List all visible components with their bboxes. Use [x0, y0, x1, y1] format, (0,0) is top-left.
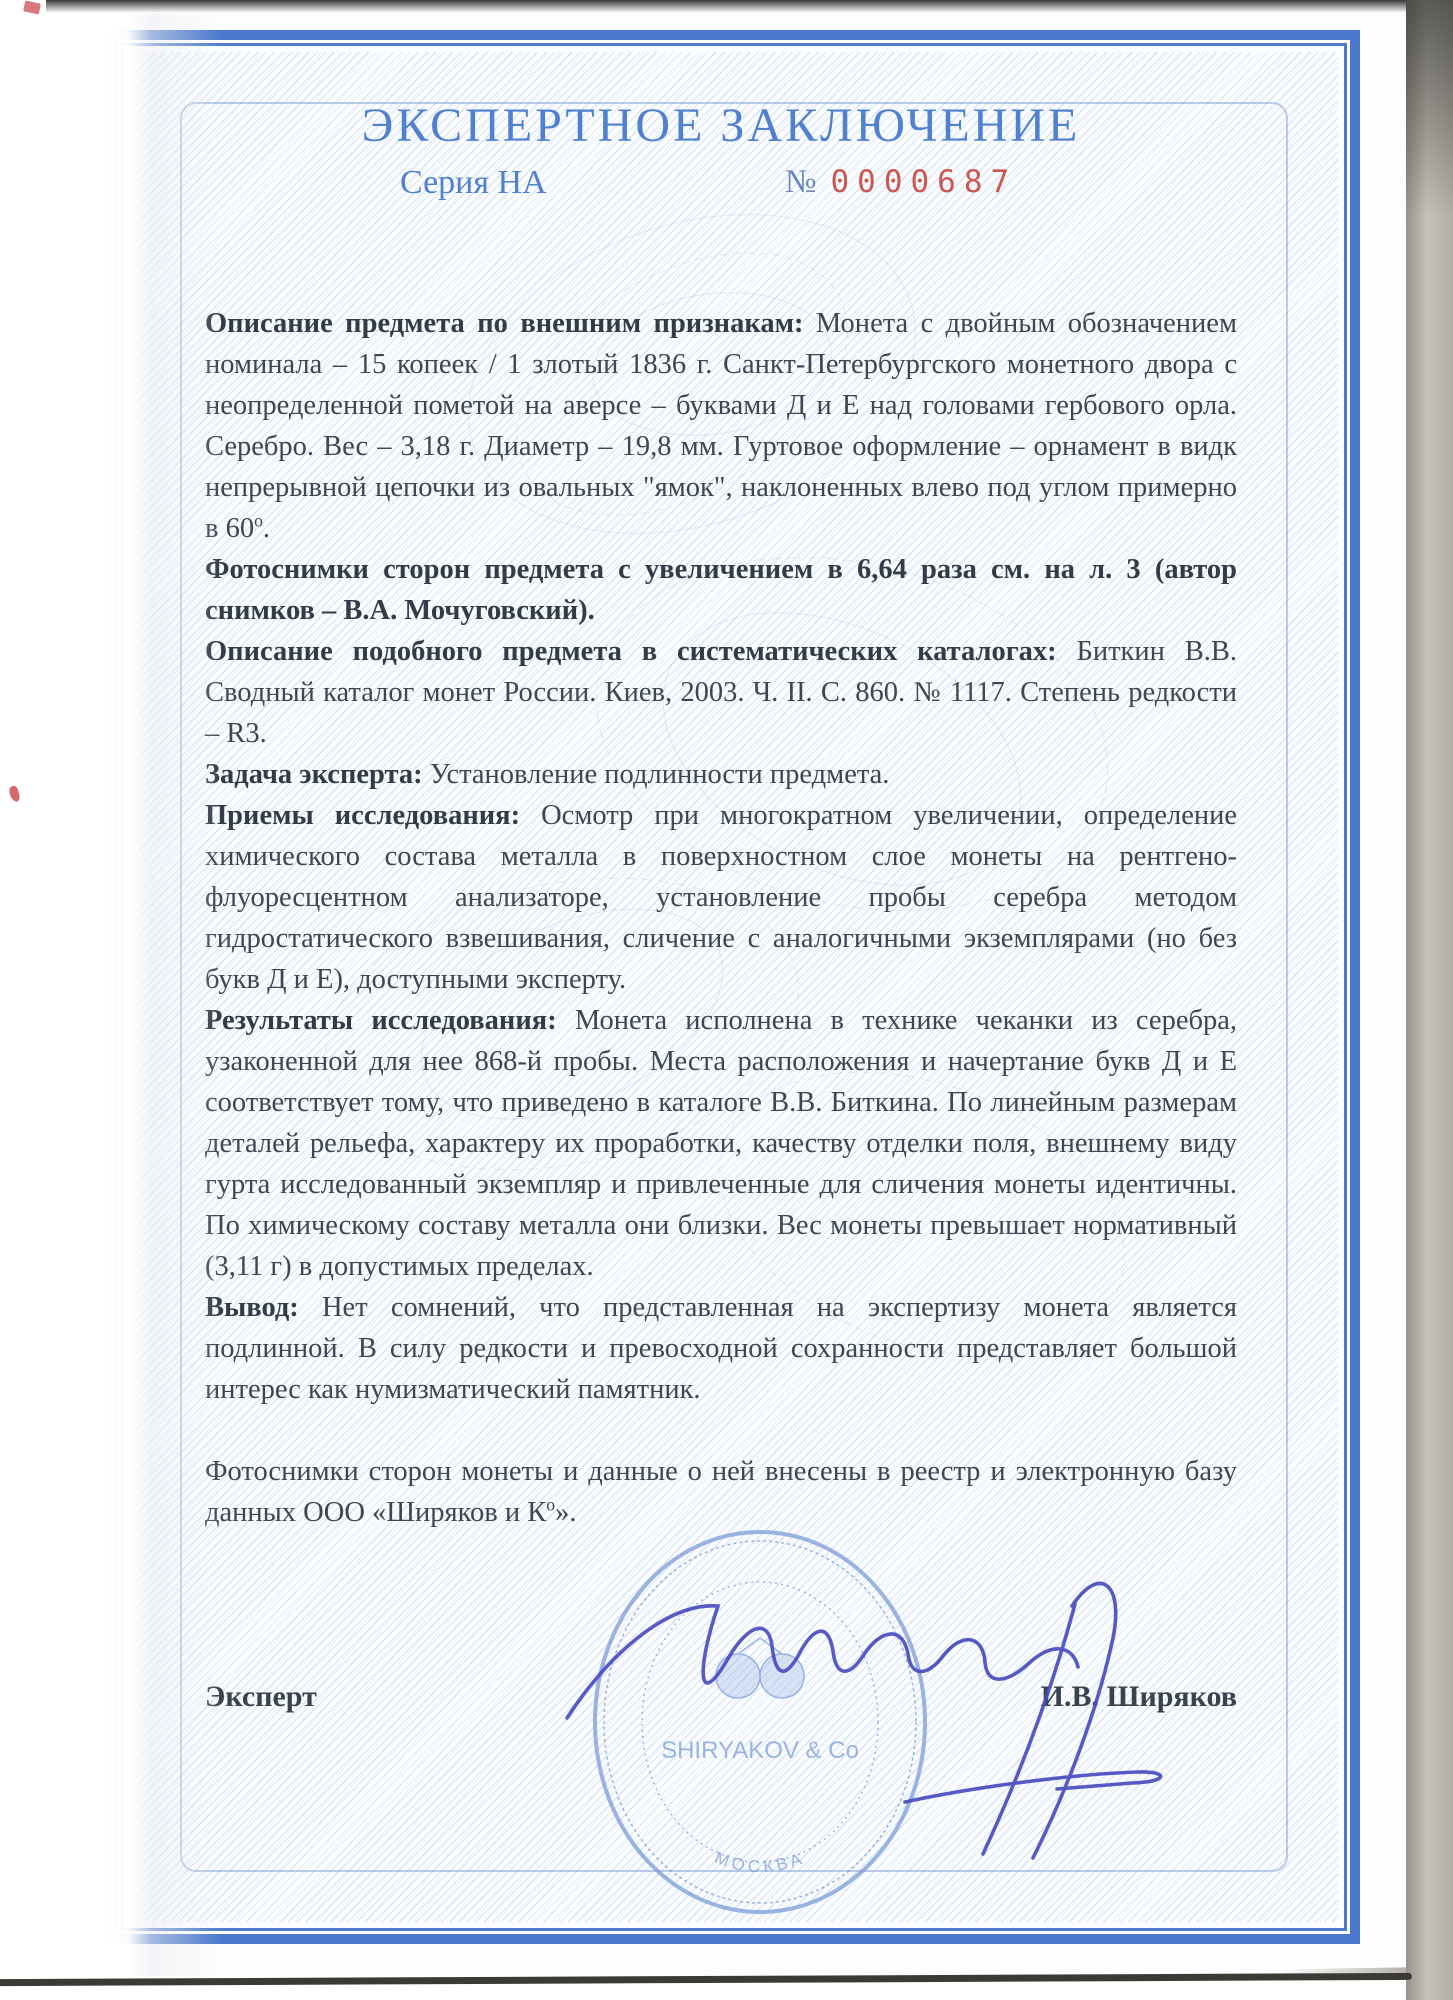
paragraph-task: Задача эксперта: Установление подлинност…: [205, 754, 1237, 795]
number-group: №0000687: [785, 164, 1017, 201]
paragraph-tail: .: [263, 513, 270, 544]
red-ink-artifact-left: [8, 785, 22, 803]
paragraph-lead: Результаты исследования:: [205, 1005, 557, 1036]
series-label: Серия НА: [400, 164, 547, 202]
paragraph-lead: Задача эксперта:: [205, 759, 423, 790]
certificate-page: ЭКСПЕРТНОЕ ЗАКЛЮЧЕНИЕ Серия НА №0000687 …: [92, 14, 1406, 1976]
paragraph-text: Монета с двойным обозначением номинала –…: [205, 308, 1237, 544]
paragraph-description: Описание предмета по внешним признакам: …: [205, 303, 1237, 549]
paragraph-lead: Описание подобного предмета в систематич…: [205, 636, 1057, 667]
number-sign: №: [785, 164, 817, 200]
paragraph-lead: Фотоснимки сторон предмета с увеличением…: [205, 554, 1237, 626]
paragraph-lead: Описание предмета по внешним признакам:: [205, 308, 804, 339]
stamp-and-signature: SHIRYAKOV & Co МОСКВА: [512, 1506, 1312, 1976]
paragraph-methods: Приемы исследования: Осмотр при многокра…: [205, 795, 1237, 1000]
scan-edge-right: [1406, 0, 1453, 2000]
scan-edge-top: [46, 0, 1453, 13]
paragraph-lead: Приемы исследования:: [205, 800, 520, 831]
red-ink-artifact-top: [23, 0, 41, 14]
stamp-company-text: SHIRYAKOV & Co: [661, 1737, 859, 1764]
stamp-city-text: МОСКВА: [712, 1848, 808, 1876]
document-title: ЭКСПЕРТНОЕ ЗАКЛЮЧЕНИЕ: [205, 98, 1237, 153]
handwritten-signature: [567, 1583, 1161, 1858]
paragraph-conclusion: Вывод: Нет сомнений, что представленная …: [205, 1287, 1237, 1410]
paragraph-catalog: Описание подобного предмета в систематич…: [205, 631, 1237, 754]
company-stamp: SHIRYAKOV & Co МОСКВА: [595, 1532, 925, 1912]
paragraph-text: Установление подлинности предмета.: [423, 759, 890, 790]
paragraph-photos: Фотоснимки сторон предмета с увеличением…: [205, 549, 1237, 631]
document-number: 0000687: [831, 164, 1018, 200]
paragraph-text: Нет сомнений, что представленная на эксп…: [205, 1292, 1237, 1405]
paragraph-results: Результаты исследования: Монета исполнен…: [205, 1000, 1237, 1287]
page-curl-highlight: [92, 14, 222, 1976]
paragraph-text: Монета исполнена в технике чеканки из се…: [205, 1005, 1237, 1282]
svg-text:МОСКВА: МОСКВА: [712, 1848, 808, 1876]
degree-superscript: о: [254, 511, 263, 531]
body-text: Описание предмета по внешним признакам: …: [205, 303, 1237, 1533]
